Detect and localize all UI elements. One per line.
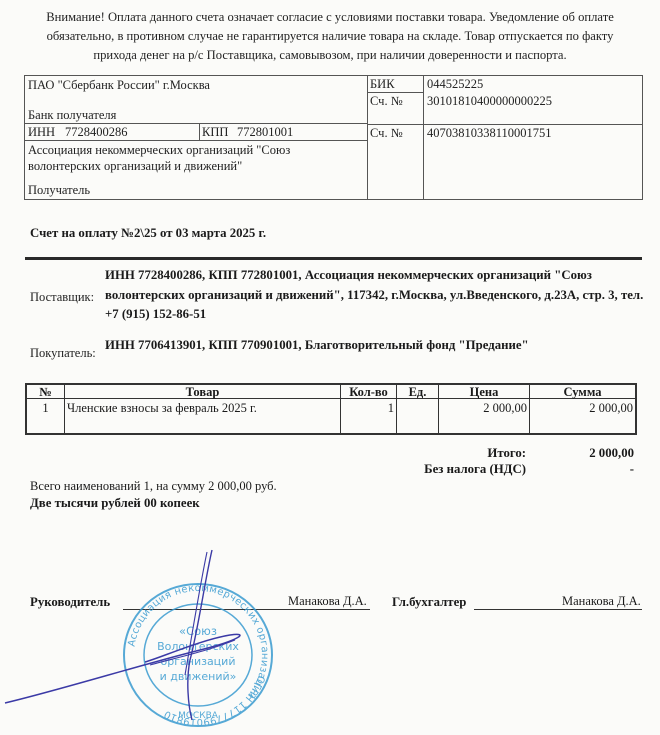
kpp-label: КПП — [202, 124, 228, 141]
supplier-details: ИНН 7728400286, КПП 772801001, Ассоциаци… — [105, 266, 643, 325]
header-price: Цена — [439, 385, 529, 399]
account-value: 40703810338110001751 — [427, 125, 552, 142]
accountant-signature-line — [474, 609, 642, 610]
bank-name: ПАО "Сбербанк России" г.Москва — [28, 77, 210, 94]
notice-line-1: Внимание! Оплата данного счета означает … — [30, 8, 630, 27]
kpp-value: 772801001 — [237, 124, 293, 141]
accountant-name: Манакова Д.А. — [562, 594, 641, 609]
notice-line-3: прихода денег на р/с Поставщика, самовыв… — [30, 46, 630, 65]
supplier-line-2: волонтерских организаций и движений", 11… — [105, 286, 643, 306]
account-label: Сч. № — [370, 125, 403, 142]
recipient-name-line-1: Ассоциация некоммерческих организаций "С… — [28, 142, 290, 159]
buyer-label: Покупатель: — [30, 346, 96, 361]
bank-label: Банк получателя — [28, 107, 116, 124]
bik-label: БИК — [370, 76, 395, 93]
row-price: 2 000,00 — [439, 400, 527, 416]
amount-in-words: Две тысячи рублей 00 копеек — [30, 496, 200, 511]
row-sum: 2 000,00 — [530, 400, 633, 416]
total-label: Итого: — [380, 446, 526, 461]
corr-account-value: 30101810400000000225 — [427, 93, 552, 110]
buyer-details: ИНН 7706413901, КПП 770901001, Благотвор… — [105, 336, 529, 356]
header-product: Товар — [65, 385, 340, 399]
divider — [367, 76, 368, 199]
supplier-line-1: ИНН 7728400286, КПП 772801001, Ассоциаци… — [105, 266, 643, 286]
invoice-title: Счет на оплату №2\25 от 03 марта 2025 г. — [30, 226, 266, 241]
signature-scribble-icon — [0, 540, 260, 735]
items-summary: Всего наименований 1, на сумму 2 000,00 … — [30, 479, 277, 494]
header-unit: Ед. — [397, 385, 438, 399]
row-product: Членские взносы за февраль 2025 г. — [67, 400, 257, 416]
row-qty: 1 — [341, 400, 394, 416]
divider — [423, 76, 424, 199]
items-table: № Товар Кол-во Ед. Цена Сумма 1 Членские… — [25, 383, 637, 435]
total-value: 2 000,00 — [540, 446, 634, 461]
payment-notice: Внимание! Оплата данного счета означает … — [30, 8, 630, 65]
accountant-label: Гл.бухгалтер — [392, 595, 466, 610]
header-sum: Сумма — [530, 385, 635, 399]
supplier-line-3: +7 (915) 152-86-51 — [105, 305, 643, 325]
inn-label: ИНН — [28, 124, 55, 141]
recipient-name-line-2: волонтерских организаций и движений" — [28, 158, 242, 175]
recipient-label: Получатель — [28, 182, 90, 199]
bik-value: 044525225 — [427, 76, 483, 93]
director-name: Манакова Д.А. — [288, 594, 367, 609]
header-num: № — [27, 385, 64, 399]
row-num: 1 — [27, 400, 64, 416]
divider — [199, 123, 200, 140]
vat-value: - — [540, 462, 634, 477]
vat-label: Без налога (НДС) — [380, 462, 526, 477]
header-qty: Кол-во — [341, 385, 396, 399]
bank-details-table: ПАО "Сбербанк России" г.Москва Банк полу… — [24, 75, 643, 200]
title-rule — [25, 257, 642, 260]
corr-account-label: Сч. № — [370, 93, 403, 110]
notice-line-2: обязательно, в противном случае не гаран… — [30, 27, 630, 46]
supplier-label: Поставщик: — [30, 290, 94, 305]
inn-value: 7728400286 — [65, 124, 128, 141]
